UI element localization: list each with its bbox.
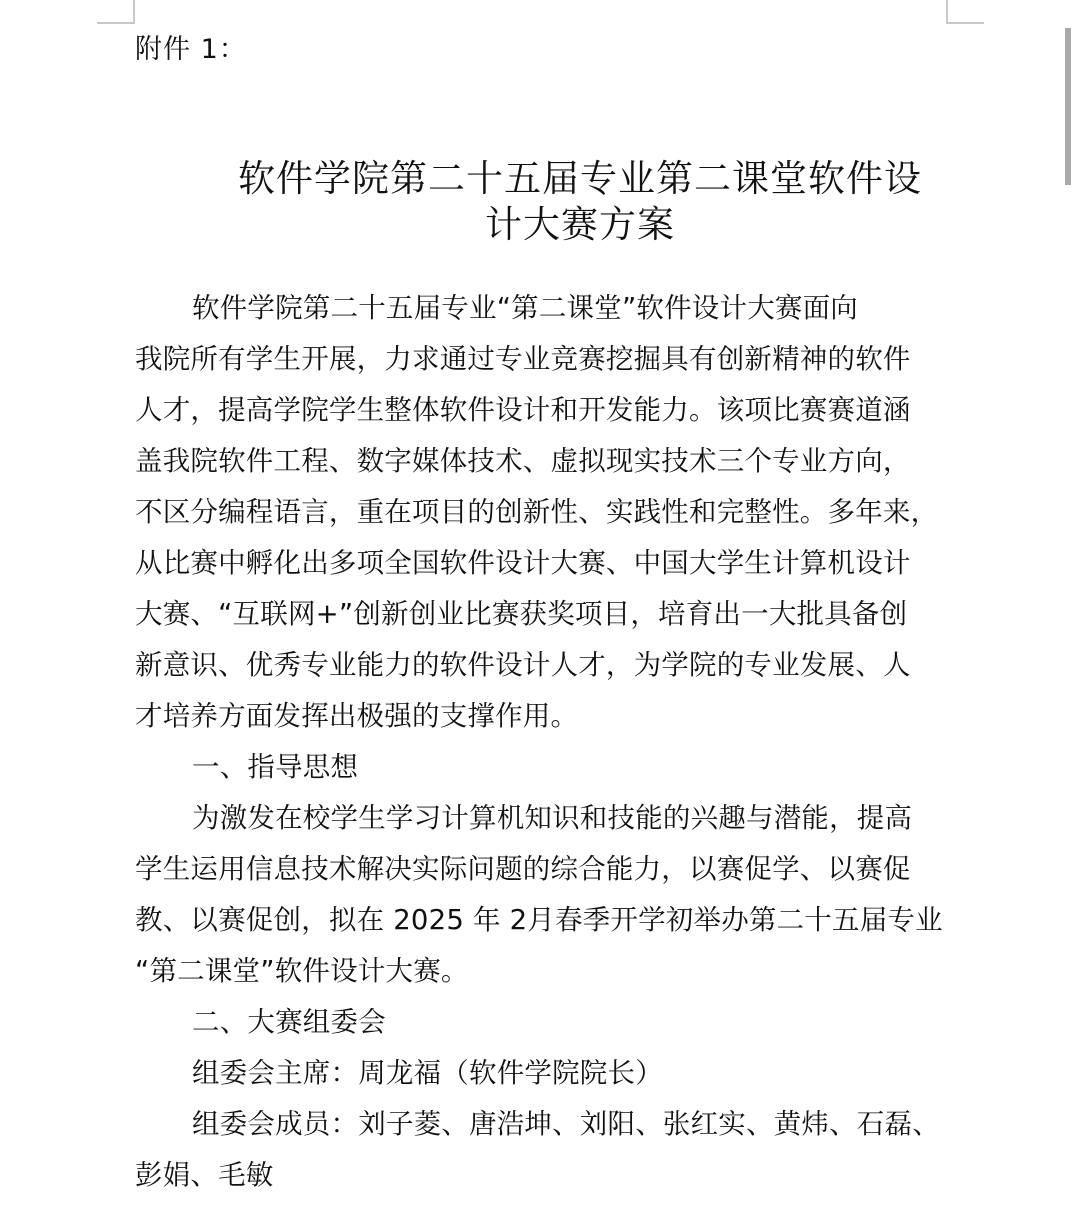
- section-heading-guiding-ideology: 一、指导思想: [135, 742, 965, 793]
- committee-chair-line: 组委会主席：周龙福（软件学院院长）: [135, 1048, 965, 1099]
- vertical-scrollbar[interactable]: [1064, 0, 1074, 1220]
- attachment-label: 附件 1：: [135, 30, 247, 70]
- committee-members-line: 组委会成员：刘子菱、唐浩坤、刘阳、张红实、黄炜、石磊、: [135, 1099, 965, 1150]
- page-corner-mark-top-left: [97, 0, 135, 24]
- document-body: 软件学院第二十五届专业“第二课堂”软件设计大赛面向 我院所有学生开展，力求通过专…: [135, 283, 965, 1201]
- document-title: 软件学院第二十五届专业第二课堂软件设 计大赛方案: [150, 156, 1010, 248]
- intro-paragraph-line: 从比赛中孵化出多项全国软件设计大赛、中国大学生计算机设计: [135, 538, 965, 589]
- intro-paragraph-line: 盖我院软件工程、数字媒体技术、虚拟现实技术三个专业方向，: [135, 436, 965, 487]
- intro-paragraph-line: 不区分编程语言，重在项目的创新性、实践性和完整性。多年来，: [135, 487, 965, 538]
- intro-paragraph-line: 我院所有学生开展，力求通过专业竞赛挖掘具有创新精神的软件: [135, 334, 965, 385]
- intro-paragraph-line: 软件学院第二十五届专业“第二课堂”软件设计大赛面向: [135, 283, 965, 334]
- document-page: 附件 1： 软件学院第二十五届专业第二课堂软件设 计大赛方案 软件学院第二十五届…: [0, 0, 1080, 1220]
- guiding-paragraph-line: “第二课堂”软件设计大赛。: [135, 946, 965, 997]
- title-line-1: 软件学院第二十五届专业第二课堂软件设: [150, 156, 1010, 202]
- intro-paragraph-line: 新意识、优秀专业能力的软件设计人才，为学院的专业发展、人: [135, 640, 965, 691]
- committee-members-line: 彭娟、毛敏: [135, 1150, 965, 1201]
- guiding-paragraph-line: 教、以赛促创，拟在 2025 年 2月春季开学初举办第二十五届专业: [135, 895, 965, 946]
- guiding-paragraph-line: 为激发在校学生学习计算机知识和技能的兴趣与潜能，提高: [135, 793, 965, 844]
- intro-paragraph-line: 人才，提高学院学生整体软件设计和开发能力。该项比赛赛道涵: [135, 385, 965, 436]
- title-line-2: 计大赛方案: [150, 202, 1010, 248]
- intro-paragraph-line: 才培养方面发挥出极强的支撑作用。: [135, 691, 965, 742]
- intro-paragraph-line: 大赛、“互联网+”创新创业比赛获奖项目，培育出一大批具备创: [135, 589, 965, 640]
- page-corner-mark-top-right: [946, 0, 984, 24]
- section-heading-organizing-committee: 二、大赛组委会: [135, 997, 965, 1048]
- scrollbar-thumb[interactable]: [1065, 28, 1071, 185]
- guiding-paragraph-line: 学生运用信息技术解决实际问题的综合能力，以赛促学、以赛促: [135, 844, 965, 895]
